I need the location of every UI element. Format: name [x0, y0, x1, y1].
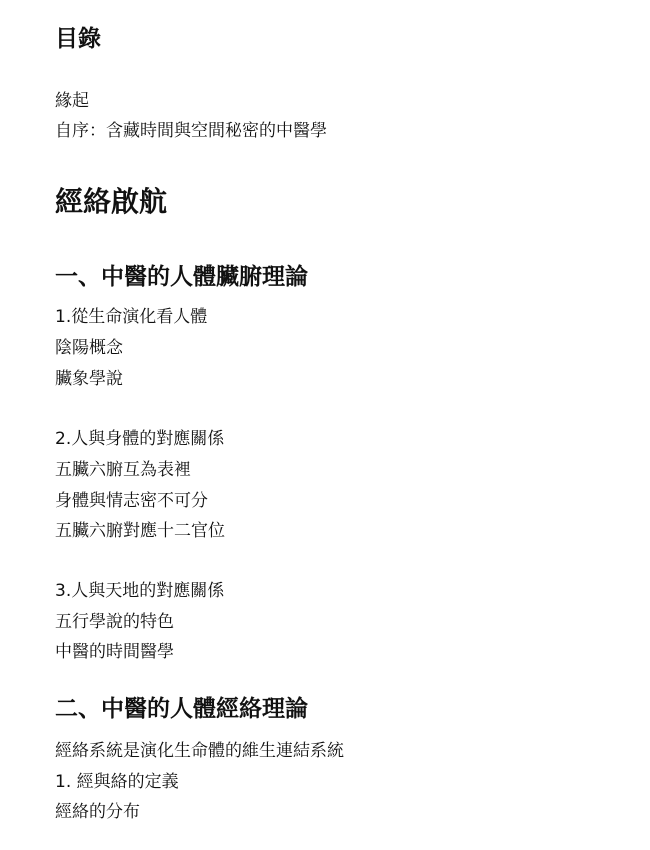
toc-item[interactable]: 1. 經與絡的定義 — [55, 767, 179, 792]
toc-item[interactable]: 臟象學說 — [55, 364, 123, 389]
toc-item[interactable]: 五臟六腑互為表裡 — [55, 455, 191, 480]
toc-item[interactable]: 經絡的分布 — [55, 797, 140, 822]
chapter-2-title[interactable]: 二、中醫的人體經絡理論 — [55, 690, 308, 723]
toc-title: 目錄 — [55, 20, 101, 53]
toc-item[interactable]: 3.人與天地的對應關係 — [55, 576, 224, 601]
toc-item[interactable]: 陰陽概念 — [55, 333, 123, 358]
toc-item[interactable]: 中醫的時間醫學 — [55, 637, 174, 662]
toc-item[interactable]: 五行學說的特色 — [55, 607, 174, 632]
toc-item[interactable]: 2.人與身體的對應關係 — [55, 424, 224, 449]
toc-item[interactable]: 經絡系統是演化生命體的維生連結系統 — [55, 736, 344, 761]
chapter-1-title[interactable]: 一、中醫的人體臟腑理論 — [55, 258, 308, 291]
part-title[interactable]: 經絡啟航 — [55, 180, 167, 220]
toc-item[interactable]: 身體與情志密不可分 — [55, 486, 208, 511]
toc-item[interactable]: 五臟六腑對應十二官位 — [55, 516, 225, 541]
toc-item-author-preface[interactable]: 自序：含藏時間與空間秘密的中醫學 — [55, 116, 327, 141]
toc-item[interactable]: 1.從生命演化看人體 — [55, 302, 207, 327]
toc-item-preface-origin[interactable]: 緣起 — [55, 86, 89, 111]
